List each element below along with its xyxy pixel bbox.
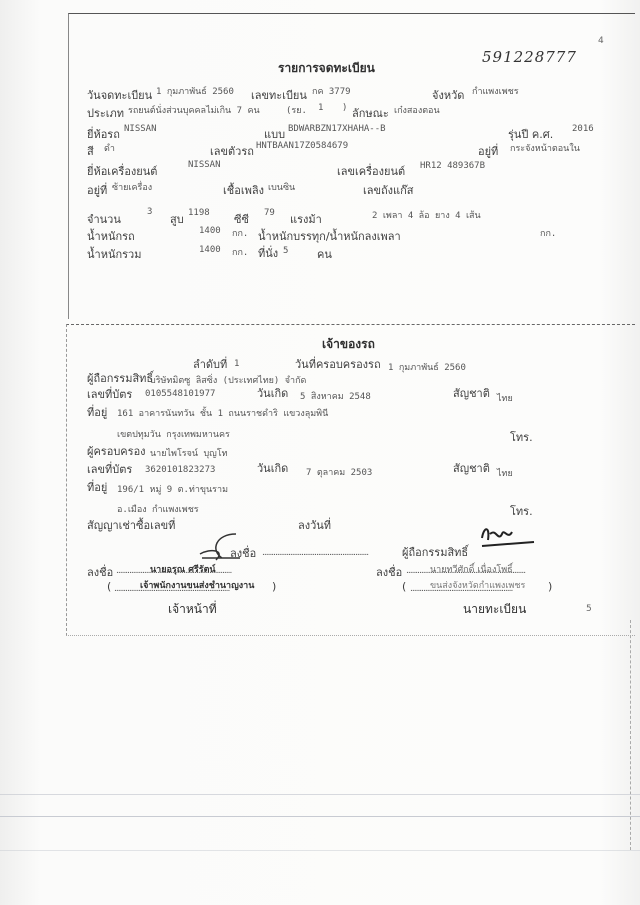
lease-date-label: ลงวันที่ <box>298 516 331 534</box>
holder-nationality: ไทย <box>497 391 513 405</box>
possession-date: 1 กุมภาพันธ์ 2560 <box>388 360 466 374</box>
plate-label: เลขทะเบียน <box>251 86 307 104</box>
holder-dob-label: วันเกิด <box>257 384 288 402</box>
engine-brand: NISSAN <box>188 160 221 170</box>
registrar-name: นายทวีศักดิ์ เนื่องโพธิ์ <box>430 562 513 576</box>
gross-weight-label: น้ำหนักรวม <box>87 245 141 263</box>
officer-role: เจ้าหน้าที่ <box>168 600 217 619</box>
weight-label: น้ำหนักรถ <box>87 227 135 245</box>
registrar-position: ขนส่งจังหวัดกำแพงเพชร <box>430 578 525 592</box>
gross-weight: 1400 <box>199 245 221 255</box>
lease-number-label: สัญญาเช่าซื้อเลขที่ <box>87 516 175 534</box>
chassis-label: เลขตัวรถ <box>210 142 254 160</box>
officer-sign-label: ลงชื่อ <box>87 563 113 581</box>
possessor-address-line1: 196/1 หมู่ 9 ต.ท่าขุนราม <box>117 482 228 496</box>
possessor-id: 3620101823273 <box>145 465 215 475</box>
holder-signature-scribble-icon <box>478 524 538 552</box>
possessor-address-label: ที่อยู่ <box>87 478 107 496</box>
payload-unit: กก. <box>540 226 556 240</box>
officer-name: นายอรุณ ศรีรัตน์ <box>150 562 216 576</box>
section-title-owner: เจ้าของรถ <box>322 335 375 354</box>
chassis-location-label: อยู่ที่ <box>478 142 498 160</box>
divider-line <box>0 816 640 817</box>
engine-number-label: เลขเครื่องยนต์ <box>337 162 405 180</box>
holder-phone-label: โทร. <box>510 428 533 446</box>
registrar-sign-label: ลงชื่อ <box>376 563 402 581</box>
province-label: จังหวัด <box>432 86 464 104</box>
owner-order: 1 <box>234 359 239 369</box>
possessor-nationality: ไทย <box>497 466 513 480</box>
holder-nationality-label: สัญชาติ <box>453 384 490 402</box>
axles-wheels-tires: 2 เพลา 4 ล้อ ยาง 4 เส้น <box>372 208 481 222</box>
holder-id: 0105548101977 <box>145 389 215 399</box>
possession-date-label: วันที่ครอบครองรถ <box>295 355 381 373</box>
code-suffix: ) <box>342 103 347 113</box>
payload-label: น้ำหนักบรรทุก/น้ำหนักลงเพลา <box>258 227 401 245</box>
holder-address-label: ที่อยู่ <box>87 403 107 421</box>
horsepower-label: แรงม้า <box>290 210 322 228</box>
seats-label: ที่นั่ง <box>258 244 278 262</box>
registrar-role: นายทะเบียน <box>463 600 526 619</box>
fuel-label: เชื้อเพลิง <box>223 181 264 199</box>
gas-tank-label: เลขถังแก๊ส <box>363 181 414 199</box>
possessor-name: นายไพโรจน์ บุญโท <box>150 446 228 460</box>
cylinders-label: จำนวน <box>87 210 121 228</box>
officer-open-paren: ( <box>107 580 111 593</box>
holder-sign-line: ........................................… <box>262 548 368 558</box>
possessor-nationality-label: สัญชาติ <box>453 459 490 477</box>
color: ดำ <box>104 141 115 155</box>
body-style: เก๋งสองตอน <box>394 103 440 117</box>
code-prefix: (รย. <box>286 103 307 117</box>
handwritten-number: 591228777 <box>482 48 577 66</box>
engine-location: ซ้ายเครื่อง <box>112 180 152 194</box>
officer-close-paren: ) <box>272 580 276 593</box>
vehicle-type: รถยนต์นั่งส่วนบุคคลไม่เกิน 7 คน <box>128 103 260 117</box>
vehicle-weight: 1400 <box>199 226 221 236</box>
color-label: สี <box>87 142 94 160</box>
possessor-dob: 7 ตุลาคม 2503 <box>306 465 372 479</box>
reg-date-label: วันจดทะเบียน <box>87 86 152 104</box>
section-title-registration: รายการจดทะเบียน <box>278 59 375 78</box>
possessor-address-line2: อ.เมือง กำแพงเพชร <box>117 502 199 516</box>
province: กำแพงเพชร <box>472 84 519 98</box>
holder-dob: 5 สิงหาคม 2548 <box>300 389 371 403</box>
possessor-id-label: เลขที่บัตร <box>87 460 132 478</box>
chassis-number: HNTBAAN17Z0584679 <box>256 141 348 151</box>
divider-line <box>0 794 640 795</box>
order-label: ลำดับที่ <box>193 355 227 373</box>
fuel-type: เบนซิน <box>268 180 295 194</box>
page-number-top: 4 <box>598 36 604 46</box>
divider-line <box>0 850 640 851</box>
vehicle-code: 1 <box>318 103 323 113</box>
page-number-bottom: 5 <box>586 604 592 614</box>
horsepower: 79 <box>264 208 275 218</box>
holder-address-line1: 161 อาคารนันทวัน ชั้น 1 ถนนราชดำริ แขวงล… <box>117 406 328 420</box>
seats: 5 <box>283 246 288 256</box>
cylinders-unit: สูบ <box>170 210 184 228</box>
engine-location-label: อยู่ที่ <box>87 181 107 199</box>
holder-sign-label: ลงชื่อ <box>230 544 256 562</box>
chassis-location: กระจังหน้าตอนใน <box>510 141 580 155</box>
weight-unit: กก. <box>232 226 248 240</box>
holder-sign-suffix: ผู้ถือกรรมสิทธิ์ <box>402 543 468 561</box>
possessor-label: ผู้ครอบครอง <box>87 442 146 460</box>
holder-address-line2: เขตปทุมวัน กรุงเทพมหานคร <box>117 427 230 441</box>
possessor-phone-label: โทร. <box>510 502 533 520</box>
seats-unit: คน <box>317 245 332 263</box>
type-label: ประเภท <box>87 104 124 122</box>
officer-position: เจ้าพนักงานขนส่งชำนาญงาน <box>140 578 254 592</box>
engine-number: HR12 489367B <box>420 161 485 171</box>
document-page: 4 591228777 รายการจดทะเบียน วันจดทะเบียน… <box>0 0 640 905</box>
brand: NISSAN <box>124 124 157 134</box>
plate: กค 3779 <box>312 84 351 98</box>
style-label: ลักษณะ <box>352 104 389 122</box>
engine-brand-label: ยี่ห้อเครื่องยนต์ <box>87 162 157 180</box>
registrar-close-paren: ) <box>548 580 552 593</box>
engine-cc: 1198 <box>188 208 210 218</box>
cylinders: 3 <box>147 207 152 217</box>
possessor-dob-label: วันเกิด <box>257 459 288 477</box>
gross-weight-unit: กก. <box>232 245 248 259</box>
model: BDWARBZN17XHAHA--B <box>288 124 386 134</box>
holder-id-label: เลขที่บัตร <box>87 385 132 403</box>
reg-date: 1 กุมภาพันธ์ 2560 <box>156 84 234 98</box>
registrar-open-paren: ( <box>402 580 406 593</box>
model-year: 2016 <box>572 124 594 134</box>
